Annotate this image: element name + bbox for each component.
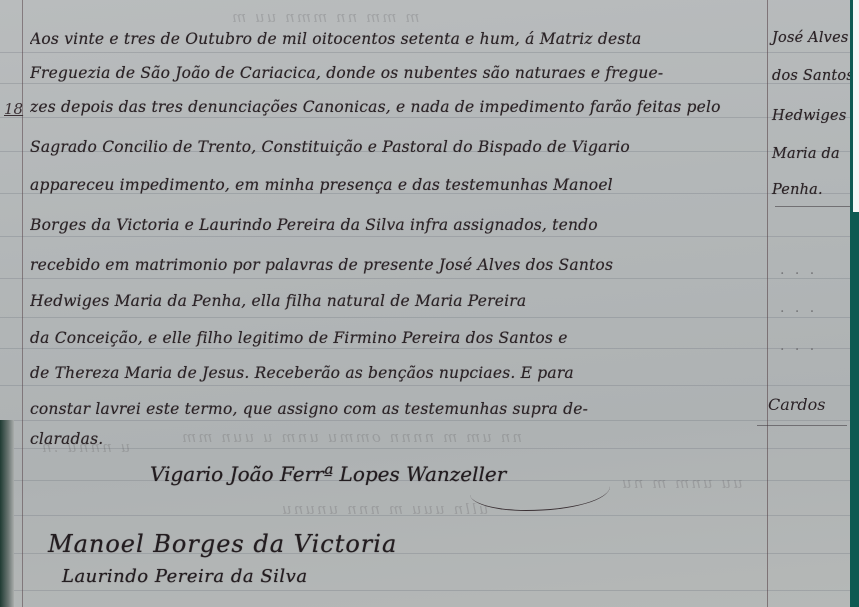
margin-name-line: José Alves: [772, 30, 849, 46]
left-margin-rule: [22, 0, 23, 607]
body-line: zes depois das tres denunciações Canonic…: [30, 98, 765, 116]
entry-number: 18: [4, 100, 23, 118]
signature-flourish: [470, 470, 610, 511]
signature-witness-1: Manoel Borges da Victoria: [48, 530, 397, 558]
dotted-filler: . . .: [780, 300, 817, 316]
body-line: Borges da Victoria e Laurindo Pereira da…: [30, 216, 765, 234]
ruled-line: [0, 83, 850, 84]
ruled-line: [0, 278, 850, 279]
ruled-line: [0, 420, 850, 421]
ruled-line: [0, 590, 850, 591]
margin-name-line: dos Santos e: [772, 68, 850, 84]
ruled-line: [0, 236, 850, 237]
ruled-line: [0, 385, 850, 386]
dotted-filler: . . .: [780, 262, 817, 278]
signature-vigario: Vigario João Ferrª Lopes Wanzeller: [150, 462, 506, 486]
bleed-through-text: m mm nn mmn uu m: [230, 8, 420, 26]
margin-name-line: Maria da: [772, 146, 840, 162]
scan-border: [853, 0, 859, 212]
ruled-line: [0, 117, 850, 118]
ruled-line: [0, 317, 850, 318]
body-line: recebido em matrimonio por palavras de p…: [30, 256, 765, 274]
ruled-line: [0, 52, 850, 53]
signature-witness-2: Laurindo Pereira da Silva: [62, 566, 308, 587]
page-left-edge: [0, 420, 14, 607]
margin-name-line: Hedwiges: [772, 108, 846, 124]
margin-underline: [757, 425, 847, 426]
bleed-through-text: uu unm m nu: [620, 474, 743, 492]
right-margin-rule: [767, 0, 768, 607]
body-line: Hedwiges Maria da Penha, ella filha natu…: [30, 292, 765, 310]
body-line: da Conceição, e elle filho legitimo de F…: [30, 329, 765, 347]
body-line: de Thereza Maria de Jesus. Receberão as …: [30, 364, 765, 382]
margin-note: Cardos: [768, 395, 826, 414]
body-line: Freguezia de São João de Cariacica, dond…: [30, 64, 765, 82]
body-line: constar lavrei este termo, que assigno c…: [30, 400, 765, 418]
margin-name-line: Penha.: [772, 182, 823, 198]
margin-underline: [775, 206, 850, 207]
body-line: appareceu impedimento, em minha presença…: [30, 176, 765, 194]
register-page: m mm nn mmn uu m nn um m nnnn ommu unm u…: [0, 0, 850, 607]
body-line: Sagrado Concilio de Trento, Constituição…: [30, 138, 765, 156]
body-line: Aos vinte e tres de Outubro de mil oitoc…: [30, 30, 765, 48]
dotted-filler: . . .: [780, 338, 817, 354]
body-line: claradas.: [30, 430, 765, 448]
bleed-through-text: ulln uuu m nnn ununu: [280, 500, 488, 518]
ruled-line: [0, 348, 850, 349]
